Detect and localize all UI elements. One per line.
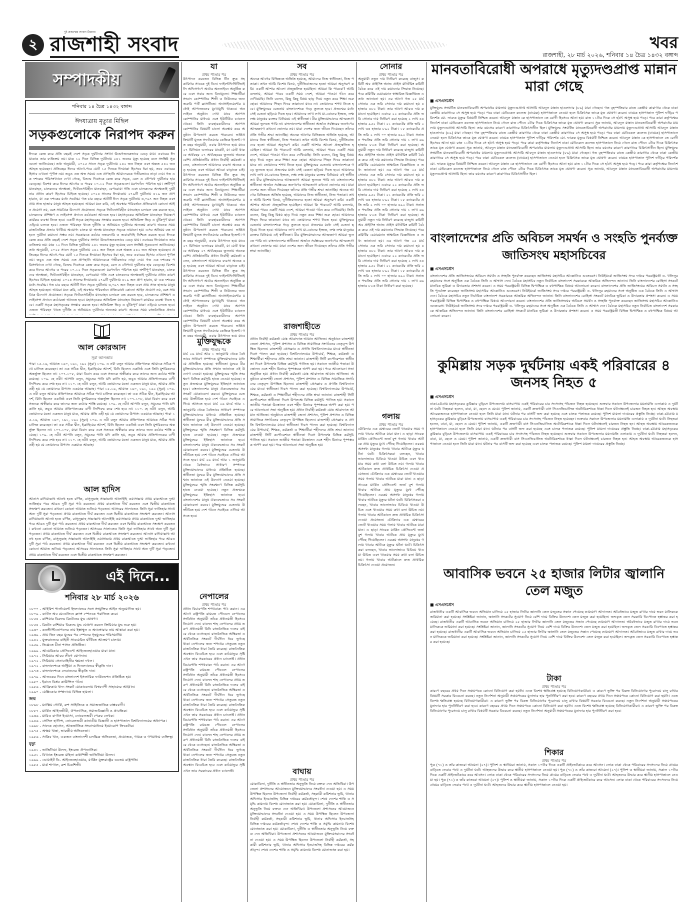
this-day-events: ১৮০০ - আইরিশ পার্লামেন্টে ইংল্যান্ডের সঙ… — [29, 607, 175, 695]
masthead-rule — [22, 60, 678, 61]
story-body: প্রধান নির্বাহী কর্মকর্তা মোঃ আরাফাত আমা… — [250, 337, 354, 767]
column-divider — [247, 62, 248, 902]
story-title: সোনার — [358, 62, 424, 72]
quran-title: আল কোরআন — [29, 342, 175, 355]
right-column: মানবতাবিরোধী অপরাধে মৃত্যুদণ্ডপ্রাপ্ত মা… — [430, 62, 678, 853]
hadith-body: আনাস রাদিয়াল্লাহু আনহু হতে বর্ণিত, রাসূ… — [29, 497, 175, 557]
paper-name: রাজশাহী সংবাদ — [50, 32, 179, 58]
this-day-banner: এই দিনে... — [26, 564, 178, 590]
editorial-kicker: ঈদযাত্রায় মৃত্যুর মিছিল — [29, 116, 175, 127]
quran-box: আল কোরআন সূরা আনআম পারা ১৫-১৬, আয়াত ১৬০… — [25, 321, 179, 560]
page-number-badge: ২ — [22, 34, 44, 56]
editorial-banner: সম্পাদকীয় — [25, 62, 179, 98]
story-title: যা — [183, 62, 245, 72]
column-divider — [356, 62, 357, 902]
masthead: ২ দুই প্রজন্মের সংবাদ ঠিকানা রাজশাহী সংব… — [22, 32, 678, 60]
story-title: শিকার — [430, 748, 678, 758]
story-body: মুক্তিযুদ্ধে সংঘটিত মানবতাবিরোধী অপরাধের… — [430, 106, 678, 226]
story-body: পুত্র (৭১) ও তাঁর কাতরো আমেনা (২৭)। পুলি… — [430, 763, 678, 853]
story-body: অনেক আগের বিভিন্নতে অর্জিত হয়েছে, আমাদে… — [250, 77, 354, 322]
headline: মানবতাবিরোধী অপরাধে মৃত্যুদণ্ডপ্রাপ্ত মা… — [430, 62, 678, 96]
story-body: মার্চ ২৬ মার্চে আর ১ জানুয়ারি থেকে বৈধভ… — [183, 352, 245, 592]
deaths-label: মৃত্যু — [29, 741, 175, 748]
column-divider — [426, 62, 427, 902]
column-c: সোনার প্রথম পাতার পর অনুযায়ী নতুন দাম ন… — [358, 62, 424, 897]
story-title: গলায় — [358, 412, 424, 422]
birth-item: ১৯৮৬ - সাকিব খান, একজন বাংলাদেশী চলচ্চিত… — [29, 735, 175, 740]
quran-logo — [29, 324, 175, 342]
story-body: চৌকিদার এক মেম্বারের জোট খাওয়ার সময় গল… — [358, 427, 424, 897]
story-title: মুক্তিযুদ্ধকে — [183, 337, 245, 347]
story-title: টাকা — [430, 674, 678, 684]
byline: এসএসপ্রেস — [430, 98, 678, 105]
story-title: সব — [250, 62, 354, 72]
editorial-banner-label: সম্পাদকীয় — [53, 67, 120, 94]
clock-icon — [38, 565, 66, 593]
byline: এসএসপ্রেস — [430, 266, 678, 273]
this-day-date: শনিবার ২৮ মার্চ ২০২৬ — [29, 592, 175, 605]
event-item: ১৯৯০ - মেক্সিকোর সম্প্রদায়ে বিভিন্ন হাম… — [29, 690, 175, 695]
story-body: প্রধান বিচারপতি শপথবাক্য পাঠ করান। এর আগ… — [183, 607, 245, 897]
story-title: বাঘায় — [250, 767, 354, 777]
editorial-rule — [29, 146, 175, 150]
story-title: রাজশাহীতে — [250, 322, 354, 332]
story-body: উৎপাদন করতেন বিভিন্ন টিন ক্রুক সহ কারিগর… — [183, 77, 245, 337]
editorial-headline: সড়কগুলোকে নিরাপদ করুন — [29, 128, 175, 144]
fountain-pen-icon — [158, 67, 176, 94]
story-body: রাজধানীর একটি আবাসিক ভবনে অভিযান চালিয়ে… — [430, 610, 678, 670]
editorial-box: শনিবার ১৪ চৈত্র ১৪৩২ বঙ্গাব্দ ঈদযাত্রায়… — [25, 100, 179, 318]
this-day-banner-label: এই দিনে... — [106, 565, 170, 589]
editorial-body: ঈদকে কেন্দ্র করে প্রতি বছরই দেশে সড়ক দু… — [29, 152, 175, 315]
byline: এসএসপ্রেস — [430, 602, 678, 609]
column-divider — [181, 62, 182, 902]
story-body: অনুযায়ী নতুন দাম নির্ধারণ করেছে বাজুস। … — [358, 77, 424, 412]
story-title: নেপালের — [183, 592, 245, 602]
headline: বাংলাদেশের প্রতি অবিচল সমর্থন ও সংহতি পু… — [430, 230, 678, 264]
quran-body: পারা ১৫-১৬, আয়াত ১৬০, ১৬১, ১৬২ (সূরা) ১… — [29, 362, 175, 482]
column-a: যা প্রথম পাতার পর উৎপাদন করতেন বিভিন্ন ট… — [183, 62, 245, 897]
headline: কুমিল্লায় সড়ক দুর্ঘটনায় একই পরিবারের … — [430, 358, 678, 392]
death-item: ১৯৮৫ - মার্ক শাগাল, রুশ চিত্রশিল্পী। — [29, 763, 175, 768]
open-book-icon — [94, 327, 110, 339]
hadith-title: আল হাদিস — [29, 484, 175, 497]
masthead-ornament — [222, 38, 447, 52]
column-b: সব প্রথম পাতার পর অনেক আগের বিভিন্নতে অর… — [250, 62, 354, 902]
story-body: ঢাকা-চট্টগ্রাম মহাসড়কের কুমিল্লার বুড়ি… — [430, 402, 678, 562]
story-body: মোকাবিলা, দুর্নীতি ও স্বাধীনতার অনুভূতি … — [250, 782, 354, 902]
headline: আবাসিক ভবনে ২৫ হাজার লিটার জ্বালানি তেল … — [430, 566, 678, 600]
left-column: সম্পাদকীয় শনিবার ১৪ চৈত্র ১৪৩২ বঙ্গাব্দ… — [25, 62, 179, 772]
this-day-box: এই দিনে... শনিবার ২৮ মার্চ ২০২৬ ১৮০০ - আ… — [25, 563, 179, 772]
story-body: বাংলাদেশের প্রতি জাতিসংঘের অবিচল সমর্থন … — [430, 274, 678, 354]
byline: এসএসপ্রেস — [430, 394, 678, 401]
story-body: কারণে বছরের প্রথম দিনে সঞ্চয়পত্রে কোনো … — [430, 689, 678, 744]
quran-subtitle: সূরা আনআম — [29, 355, 175, 362]
editorial-date: শনিবার ১৪ চৈত্র ১৪৩২ বঙ্গাব্দ — [29, 103, 175, 114]
